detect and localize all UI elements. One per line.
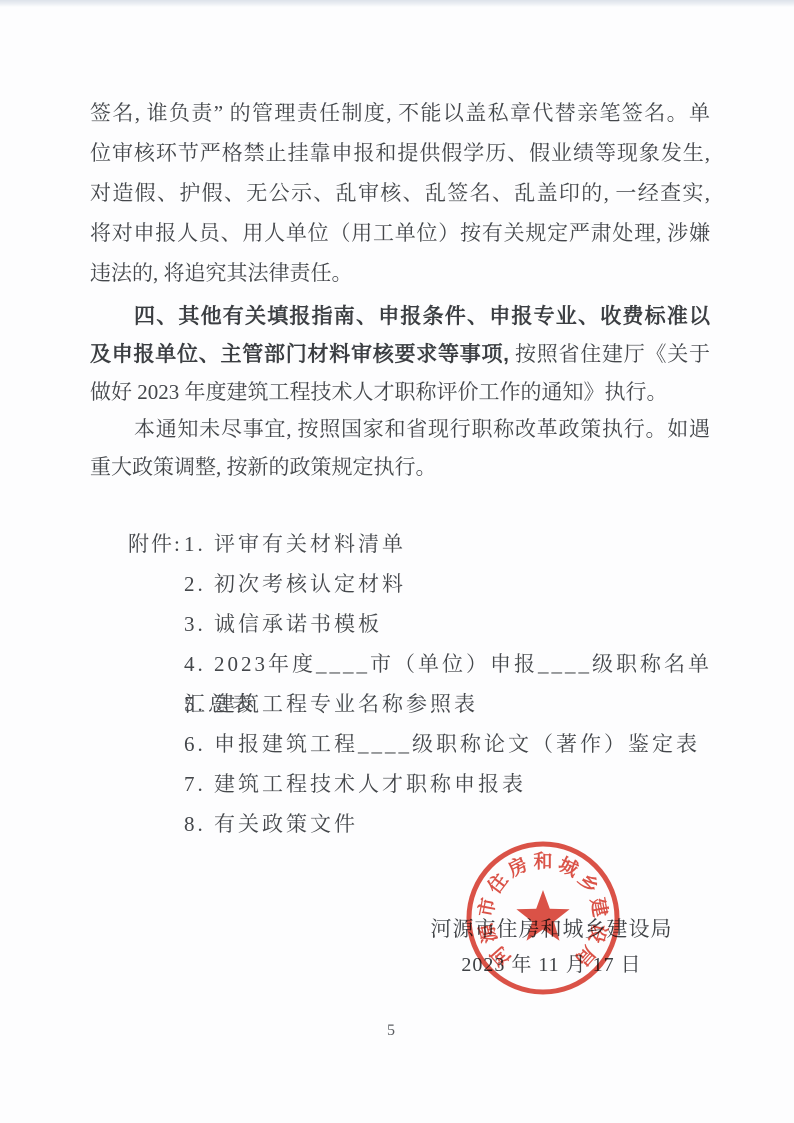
section-four-heading-cont: 及申报单位、主管部门材料审核要求等事项,: [90, 343, 509, 366]
document-page: 签名, 谁负责” 的管理责任制度, 不能以盖私章代替亲笔签名。单 位审核环节严格…: [0, 0, 794, 1123]
svg-text:住: 住: [483, 869, 513, 898]
body-paragraph-responsibility: 签名, 谁负责” 的管理责任制度, 不能以盖私章代替亲笔签名。单 位审核环节严格…: [90, 93, 710, 293]
section-four-body: 按照省住建厅《关于: [509, 342, 710, 366]
attachment-item: 2. 初次考核认定材料: [128, 564, 728, 604]
text-line: 重大政策调整, 按新的政策规定执行。: [90, 448, 710, 486]
text-line: 做好 2023 年度建筑工程技术人才职称评价工作的通知》执行。: [90, 373, 710, 411]
scan-edge: [0, 0, 794, 7]
svg-text:和: 和: [533, 851, 552, 873]
attachment-item: 7. 建筑工程技术人才职称申报表: [128, 764, 728, 804]
attachments-list: 附件:1. 评审有关材料清单 2. 初次考核认定材料 3. 诚信承诺书模板 4.…: [128, 524, 728, 844]
text-line: 对造假、护假、无公示、乱审核、乱签名、乱盖印的, 一经查实,: [90, 173, 710, 213]
body-paragraph-closing: 本通知未尽事宜, 按照国家和省现行职称改革政策执行。如遇 重大政策调整, 按新的…: [90, 410, 710, 486]
page-number: 5: [0, 1022, 782, 1040]
section-four-heading: 四、其他有关填报指南、申报条件、申报专业、收费标准以: [134, 305, 710, 328]
svg-text:乡: 乡: [573, 869, 603, 898]
signature-agency: 河源市住房和城乡建设局: [424, 910, 679, 949]
attachments-label: 附件:: [128, 524, 184, 564]
attachment-item: 4. 2023年度____市（单位）申报____级职称名单汇总表: [128, 644, 728, 684]
text-line: 及申报单位、主管部门材料审核要求等事项, 按照省住建厅《关于: [90, 335, 710, 373]
text-line: 违法的, 将追究其法律责任。: [90, 253, 710, 293]
svg-text:房: 房: [503, 852, 531, 882]
text-line: 四、其他有关填报指南、申报条件、申报专业、收费标准以: [90, 297, 710, 335]
attachment-item: 8. 有关政策文件: [128, 804, 728, 844]
attachment-item: 6. 申报建筑工程____级职称论文（著作）鉴定表: [128, 724, 728, 764]
text-line: 位审核环节严格禁止挂靠申报和提供假学历、假业绩等现象发生,: [90, 133, 710, 173]
svg-text:城: 城: [555, 853, 583, 882]
signature-block: 河源市住房和城乡建设局 2023 年 11 月 17 日: [424, 910, 679, 981]
text-line: 将对申报人员、用人单位（用工单位）按有关规定严肃处理, 涉嫌: [90, 213, 710, 253]
signature-date: 2023 年 11 月 17 日: [424, 949, 679, 981]
body-paragraph-section-four: 四、其他有关填报指南、申报条件、申报专业、收费标准以 及申报单位、主管部门材料审…: [90, 297, 710, 411]
attachment-item-text: 1. 评审有关材料清单: [184, 532, 406, 556]
attachment-item: 3. 诚信承诺书模板: [128, 604, 728, 644]
text-line: 本通知未尽事宜, 按照国家和省现行职称改革政策执行。如遇: [90, 410, 710, 448]
attachment-item: 附件:1. 评审有关材料清单: [128, 524, 728, 564]
attachment-item: 5. 建筑工程专业名称参照表: [128, 684, 728, 724]
text-line: 签名, 谁负责” 的管理责任制度, 不能以盖私章代替亲笔签名。单: [90, 93, 710, 133]
